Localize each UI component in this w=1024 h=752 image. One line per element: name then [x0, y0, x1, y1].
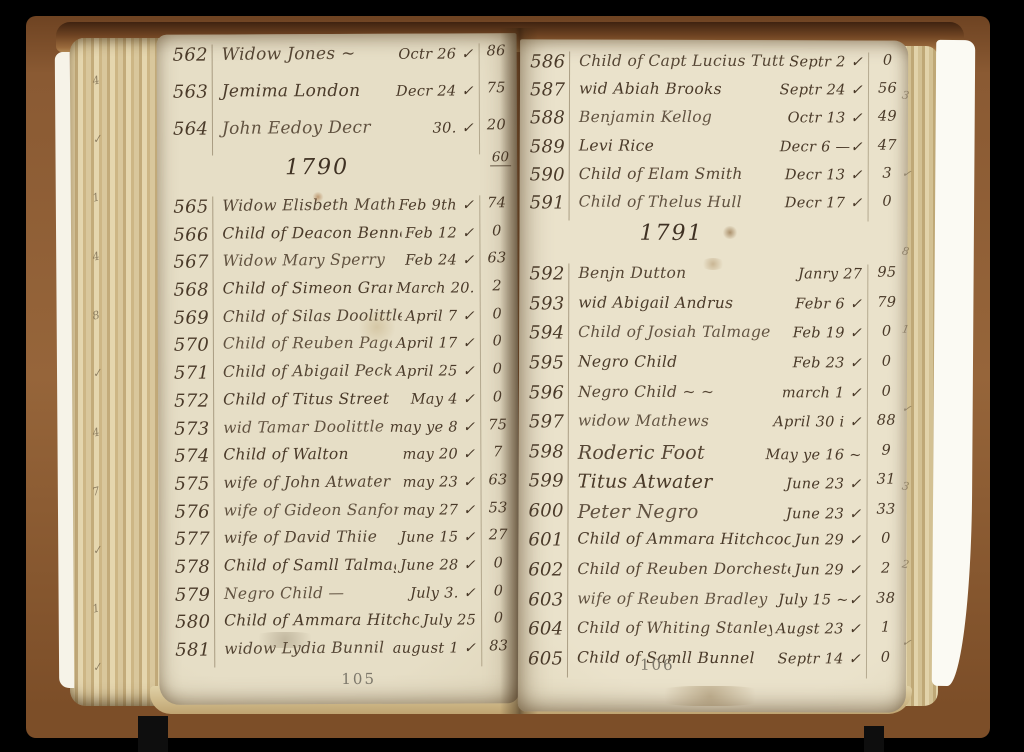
entry-name: Child of Josiah Talmage [569, 323, 789, 341]
entry-number: 596 [523, 382, 569, 412]
register-rows-1789: 562 Widow Jones ~ Octr 26 ✓ 86 563 Jemim… [157, 33, 518, 156]
entry-date: April 7 ✓ [401, 308, 479, 324]
register-row: 587 wid Abiah Brooks Septr 24 ✓ 56 [524, 80, 906, 110]
entry-date: Decr 13 ✓ [781, 167, 868, 183]
entry-age: 0 [867, 383, 905, 413]
entry-date: July 3. ✓ [406, 585, 481, 601]
entry-number: 592 [523, 263, 569, 293]
entry-age: 33 [866, 501, 904, 531]
register-row: 594 Child of Josiah Talmage Feb 19 ✓ 0 [523, 323, 905, 354]
register-row: 578 Child of Samll Talmage June 28 ✓ 0 [165, 555, 515, 584]
register-row: 562 Widow Jones ~ Octr 26 ✓ 86 [163, 43, 513, 82]
entry-number: 601 [522, 530, 568, 560]
entry-date: Decr 6 —✓ [776, 139, 868, 155]
entry-date: Decr 17 ✓ [781, 195, 868, 211]
entry-date: Jun 29 ✓ [791, 533, 867, 549]
entry-name: widow Lydia Bunnil [215, 638, 389, 658]
entry-number: 587 [524, 80, 570, 108]
register-row: 564 John Eedoy Decr 30. ✓ 20 [163, 117, 513, 156]
register-rows-1790: 565 Widow Elisbeth Mathews Feb 9th ✓ 74 … [157, 185, 519, 667]
edge-fragment: 4 [91, 241, 133, 263]
entry-date: March 20. [392, 280, 479, 296]
entry-number: 563 [163, 82, 213, 119]
register-rows-1791: 592 Benjn Dutton Janry 27 95 593 wid Abi… [518, 251, 907, 679]
entry-date: 30. ✓ [429, 120, 479, 136]
register-row: 588 Benjamin Kellog Octr 13 ✓ 49 [524, 108, 906, 138]
entry-age: 49 [868, 109, 906, 137]
entry-number: 579 [165, 584, 215, 612]
register-row: 579 Negro Child — July 3. ✓ 0 [165, 583, 515, 612]
entry-name: wid Tamar Doolittle [214, 417, 386, 436]
register-row: 573 wid Tamar Doolittle may ye 8 ✓ 75 [164, 417, 514, 446]
entry-number: 566 [163, 224, 213, 252]
entry-date: April 17 ✓ [392, 336, 480, 352]
entry-name: Negro Child [569, 352, 789, 371]
entry-name: Child of Silas Doolittle [214, 306, 402, 326]
entry-date: Octr 13 ✓ [784, 111, 868, 127]
edge-fragment: 2 [901, 557, 923, 573]
edge-writing-fragments-left: 4✓148✓47✓1✓ [92, 70, 132, 670]
entry-number: 602 [522, 559, 568, 589]
entry-name: wid Abigail Andrus [569, 293, 791, 312]
entry-name: wife of Gideon Sanford [215, 500, 399, 519]
register-row: 603 wife of Reuben Bradley July 15 ~✓ 38 [522, 589, 904, 620]
entry-name: Child of Abigail Peck [214, 361, 392, 381]
entry-name: Child of Samll Talmage [215, 556, 396, 575]
entry-number: 570 [164, 335, 214, 363]
entry-age: 0 [866, 649, 904, 679]
register-row: 602 Child of Reuben Dorchester Jun 29 ✓ … [522, 559, 904, 590]
entry-number: 600 [522, 500, 568, 530]
entry-name: Widow Elisbeth Mathews [213, 195, 395, 215]
edge-fragment: ✓ [901, 401, 923, 417]
left-page: 562 Widow Jones ~ Octr 26 ✓ 86 563 Jemim… [157, 33, 520, 705]
register-row: 589 Levi Rice Decr 6 —✓ 47 [524, 136, 906, 166]
entry-age: 38 [866, 590, 904, 620]
register-row: 595 Negro Child Feb 23 ✓ 0 [523, 352, 905, 383]
entry-date: may 20 ✓ [399, 447, 481, 463]
entry-name: Titus Atwater [569, 471, 782, 494]
right-page: 586 Child of Capt Lucius Tuttle Septr 2 … [518, 39, 908, 712]
entry-number: 597 [523, 411, 569, 441]
entry-age: 95 [867, 265, 905, 295]
register-row: 601 Child of Ammara Hitchcock Jun 29 ✓ 0 [522, 530, 904, 561]
entry-date: Septr 24 ✓ [776, 82, 868, 98]
edge-fragment: ✓ [91, 124, 133, 146]
register-book-photo: 4✓148✓47✓1✓ 562 Widow Jones ~ Octr 26 ✓ … [0, 0, 1024, 752]
register-row: 596 Negro Child ~ ~ march 1 ✓ 0 [523, 382, 905, 413]
entry-number: 575 [164, 473, 214, 501]
entry-age: 0 [866, 531, 904, 561]
entry-name: Benjn Dutton [569, 264, 794, 282]
entry-number: 595 [523, 352, 569, 382]
entry-name: widow Mathews [569, 412, 769, 431]
entry-number: 578 [165, 556, 215, 584]
entry-name: Child of Simeon Grannis : [214, 279, 393, 298]
register-row: 598 Roderic Foot May ye 16 ~ 9 [523, 441, 905, 472]
register-row: 571 Child of Abigail Peck April 25 ✓ 0 [164, 361, 514, 390]
entry-number: 593 [523, 293, 569, 323]
edge-writing-fragments-right: 3✓81✓32✓ [902, 90, 922, 650]
edge-fragment: 8 [901, 245, 923, 261]
register-row: 568 Child of Simeon Grannis : March 20. … [164, 278, 514, 307]
entry-number: 599 [523, 471, 569, 501]
edge-fragment: 1 [91, 594, 133, 616]
entry-date: Janry 27 [794, 266, 867, 282]
register-row: 605 Child of Samll Bunnel Septr 14 ✓ 0 [522, 648, 904, 679]
register-row: 577 wife of David Thiie June 15 ✓ 27 [165, 527, 515, 556]
entry-number: 577 [165, 529, 215, 557]
entry-date: Feb 12 ✓ [401, 225, 479, 241]
entry-number: 581 [165, 640, 215, 668]
entry-name: Child of Ammara Hitchcock [215, 611, 419, 630]
register-row: 604 Child of Whiting Stanley Augst 23 ✓ … [522, 619, 904, 650]
year-header-right: 1791 [519, 220, 907, 252]
entry-name: Child of Titus Street [214, 390, 407, 409]
entry-age: 31 [867, 472, 905, 502]
entry-date: June 28 ✓ [396, 557, 481, 573]
edge-fragment: 8 [91, 300, 133, 322]
entry-number: 576 [165, 501, 215, 529]
entry-age: 9 [867, 442, 905, 472]
entry-date: Jun 29 ✓ [791, 562, 867, 578]
entry-name: Levi Rice [570, 136, 776, 155]
entry-date: may 23 ✓ [399, 474, 481, 490]
entry-name: Child of Capt Lucius Tuttle [570, 52, 785, 70]
register-row: 574 Child of Walton may 20 ✓ 7 [164, 444, 514, 473]
entry-number: 603 [522, 589, 568, 619]
entry-date: June 23 ✓ [782, 506, 867, 522]
entry-age: 0 [867, 324, 905, 354]
entry-number: 574 [164, 446, 214, 474]
register-row: 599 Titus Atwater June 23 ✓ 31 [523, 471, 905, 502]
entry-name: Child of Elam Smith [570, 165, 781, 183]
entry-number: 569 [164, 307, 214, 335]
page-number-left: 105 [341, 670, 376, 688]
cradle-support-right [864, 726, 884, 752]
register-row: 592 Benjn Dutton Janry 27 95 [523, 263, 905, 294]
register-row: 600 Peter Negro June 23 ✓ 33 [522, 500, 904, 531]
register-row: 575 wife of John Atwater may 23 ✓ 63 [164, 472, 514, 501]
register-row: 590 Child of Elam Smith Decr 13 ✓ 3 [524, 164, 906, 194]
entry-date: Febr 6 ✓ [791, 296, 867, 312]
entry-number: 605 [522, 648, 568, 678]
entry-name: Widow Jones ~ [213, 43, 395, 65]
entry-age: 88 [867, 413, 905, 443]
entry-date: Octr 26 ✓ [394, 46, 478, 62]
entry-name: wid Abiah Brooks [570, 80, 776, 99]
cradle-support-left [138, 716, 168, 752]
entry-number: 571 [164, 363, 214, 391]
entry-date: June 15 ✓ [396, 530, 481, 546]
edge-fragment: ✓ [91, 359, 133, 381]
register-row: 576 wife of Gideon Sanford may 27 ✓ 53 [165, 500, 515, 529]
entry-name: Negro Child ~ ~ [569, 382, 778, 400]
entry-number: 590 [524, 164, 570, 192]
entry-number: 572 [164, 390, 214, 418]
entry-name: wife of Reuben Bradley [568, 589, 774, 608]
edge-fragment: 3 [901, 88, 923, 104]
entry-date: April 30 i ✓ [769, 414, 867, 430]
register-row: 580 Child of Ammara Hitchcock July 25 0 [165, 611, 515, 640]
edge-fragment: 1 [901, 323, 923, 339]
entry-number: 580 [165, 612, 215, 640]
entry-date: Septr 14 ✓ [774, 651, 866, 667]
entry-number: 598 [523, 441, 569, 471]
entry-name: Roderic Foot [569, 441, 762, 463]
edge-fragment: ✓ [901, 167, 923, 183]
entry-number: 586 [524, 51, 570, 79]
entry-number: 591 [524, 192, 570, 220]
entry-name: Child of Reuben Page [214, 334, 392, 353]
entry-age: 79 [867, 294, 905, 324]
register-row: 567 Widow Mary Sperry Feb 24 ✓ 63 [163, 251, 513, 280]
entry-date: may ye 8 ✓ [386, 419, 481, 435]
entry-date: May 4 ✓ [407, 391, 480, 407]
entry-date: may 27 ✓ [399, 502, 481, 518]
edge-fragment: 7 [91, 476, 133, 498]
register-row: 586 Child of Capt Lucius Tuttle Septr 2 … [524, 51, 906, 81]
entry-name: Benjamin Kellog [570, 108, 784, 126]
entry-name: wife of John Atwater [214, 472, 398, 492]
page-number-right: 106 [640, 656, 675, 674]
entry-name: Negro Child — [215, 583, 406, 603]
entry-date: Decr 24 ✓ [392, 83, 479, 99]
year-header-left: 1790 [157, 154, 517, 187]
entry-name: John Eedoy Decr [213, 117, 429, 139]
entry-number: 562 [163, 45, 213, 82]
entry-number: 594 [523, 323, 569, 353]
edge-fragment: 1 [91, 183, 133, 205]
entry-name: wife of David Thiie [215, 528, 397, 548]
register-row: 570 Child of Reuben Page April 17 ✓ 0 [164, 334, 514, 363]
entry-name: Child of Walton [214, 445, 398, 464]
entry-number: 589 [524, 136, 570, 164]
edge-fragment: 4 [91, 417, 133, 439]
entry-date: July 25 [419, 613, 481, 629]
entry-name: Child of Ammara Hitchcock [568, 530, 790, 549]
entry-date: august 1 ✓ [389, 640, 482, 656]
entry-name: Child of Thelus Hull [570, 192, 781, 211]
edge-fragment: 3 [901, 479, 923, 495]
entry-date: Feb 19 ✓ [789, 326, 867, 342]
entry-date: May ye 16 ~ [762, 447, 867, 463]
entry-name: Child of Reuben Dorchester [568, 560, 790, 578]
entry-date: Feb 9th ✓ [395, 197, 480, 213]
entry-date: Feb 23 ✓ [789, 355, 867, 371]
entry-name: Jemima London [213, 81, 392, 102]
register-rows-1790b: 586 Child of Capt Lucius Tuttle Septr 2 … [520, 39, 909, 221]
entry-age: 56 [868, 81, 906, 109]
entry-age: 47 [868, 137, 906, 165]
entry-date: Feb 24 ✓ [401, 253, 479, 269]
entry-number: 564 [163, 119, 213, 156]
entry-age: 3 [868, 165, 906, 193]
entry-name: Child of Whiting Stanley [568, 619, 772, 637]
entry-age: 1 [866, 620, 904, 650]
register-row: 581 widow Lydia Bunnil august 1 ✓ 83 [165, 638, 515, 667]
edge-fragment: ✓ [901, 635, 923, 651]
entry-number: 604 [522, 619, 568, 649]
entry-number: 568 [164, 280, 214, 308]
register-row: 591 Child of Thelus Hull Decr 17 ✓ 0 [524, 192, 906, 222]
register-row: 593 wid Abigail Andrus Febr 6 ✓ 79 [523, 293, 905, 324]
register-row: 569 Child of Silas Doolittle April 7 ✓ 0 [164, 306, 514, 335]
entry-age: 2 [866, 561, 904, 591]
entry-date: June 23 ✓ [782, 477, 867, 493]
register-row: 572 Child of Titus Street May 4 ✓ 0 [164, 389, 514, 418]
entry-number: 565 [163, 197, 213, 225]
entry-age: 0 [867, 353, 905, 383]
entry-name: Widow Mary Sperry [213, 251, 401, 271]
register-row: 597 widow Mathews April 30 i ✓ 88 [523, 411, 905, 442]
entry-name: Child of Deacon Bennens Plum [213, 223, 401, 242]
register-row: 565 Widow Elisbeth Mathews Feb 9th ✓ 74 [163, 195, 513, 224]
entry-date: July 15 ~✓ [774, 592, 866, 608]
entry-date: Septr 2 ✓ [785, 54, 868, 70]
entry-age: 0 [868, 53, 906, 81]
entry-number: 567 [163, 252, 213, 280]
register-row: 566 Child of Deacon Bennens Plum Feb 12 … [163, 223, 513, 252]
register-row: 563 Jemima London Decr 24 ✓ 75 [163, 80, 513, 119]
entry-name: Peter Negro [569, 501, 782, 523]
entry-date: march 1 ✓ [778, 385, 867, 401]
entry-number: 573 [164, 418, 214, 446]
edge-fragment: ✓ [91, 535, 133, 557]
entry-age: 0 [868, 193, 906, 221]
entry-number: 588 [524, 108, 570, 136]
entry-date: April 25 ✓ [392, 364, 480, 380]
entry-date: Augst 23 ✓ [772, 621, 866, 637]
